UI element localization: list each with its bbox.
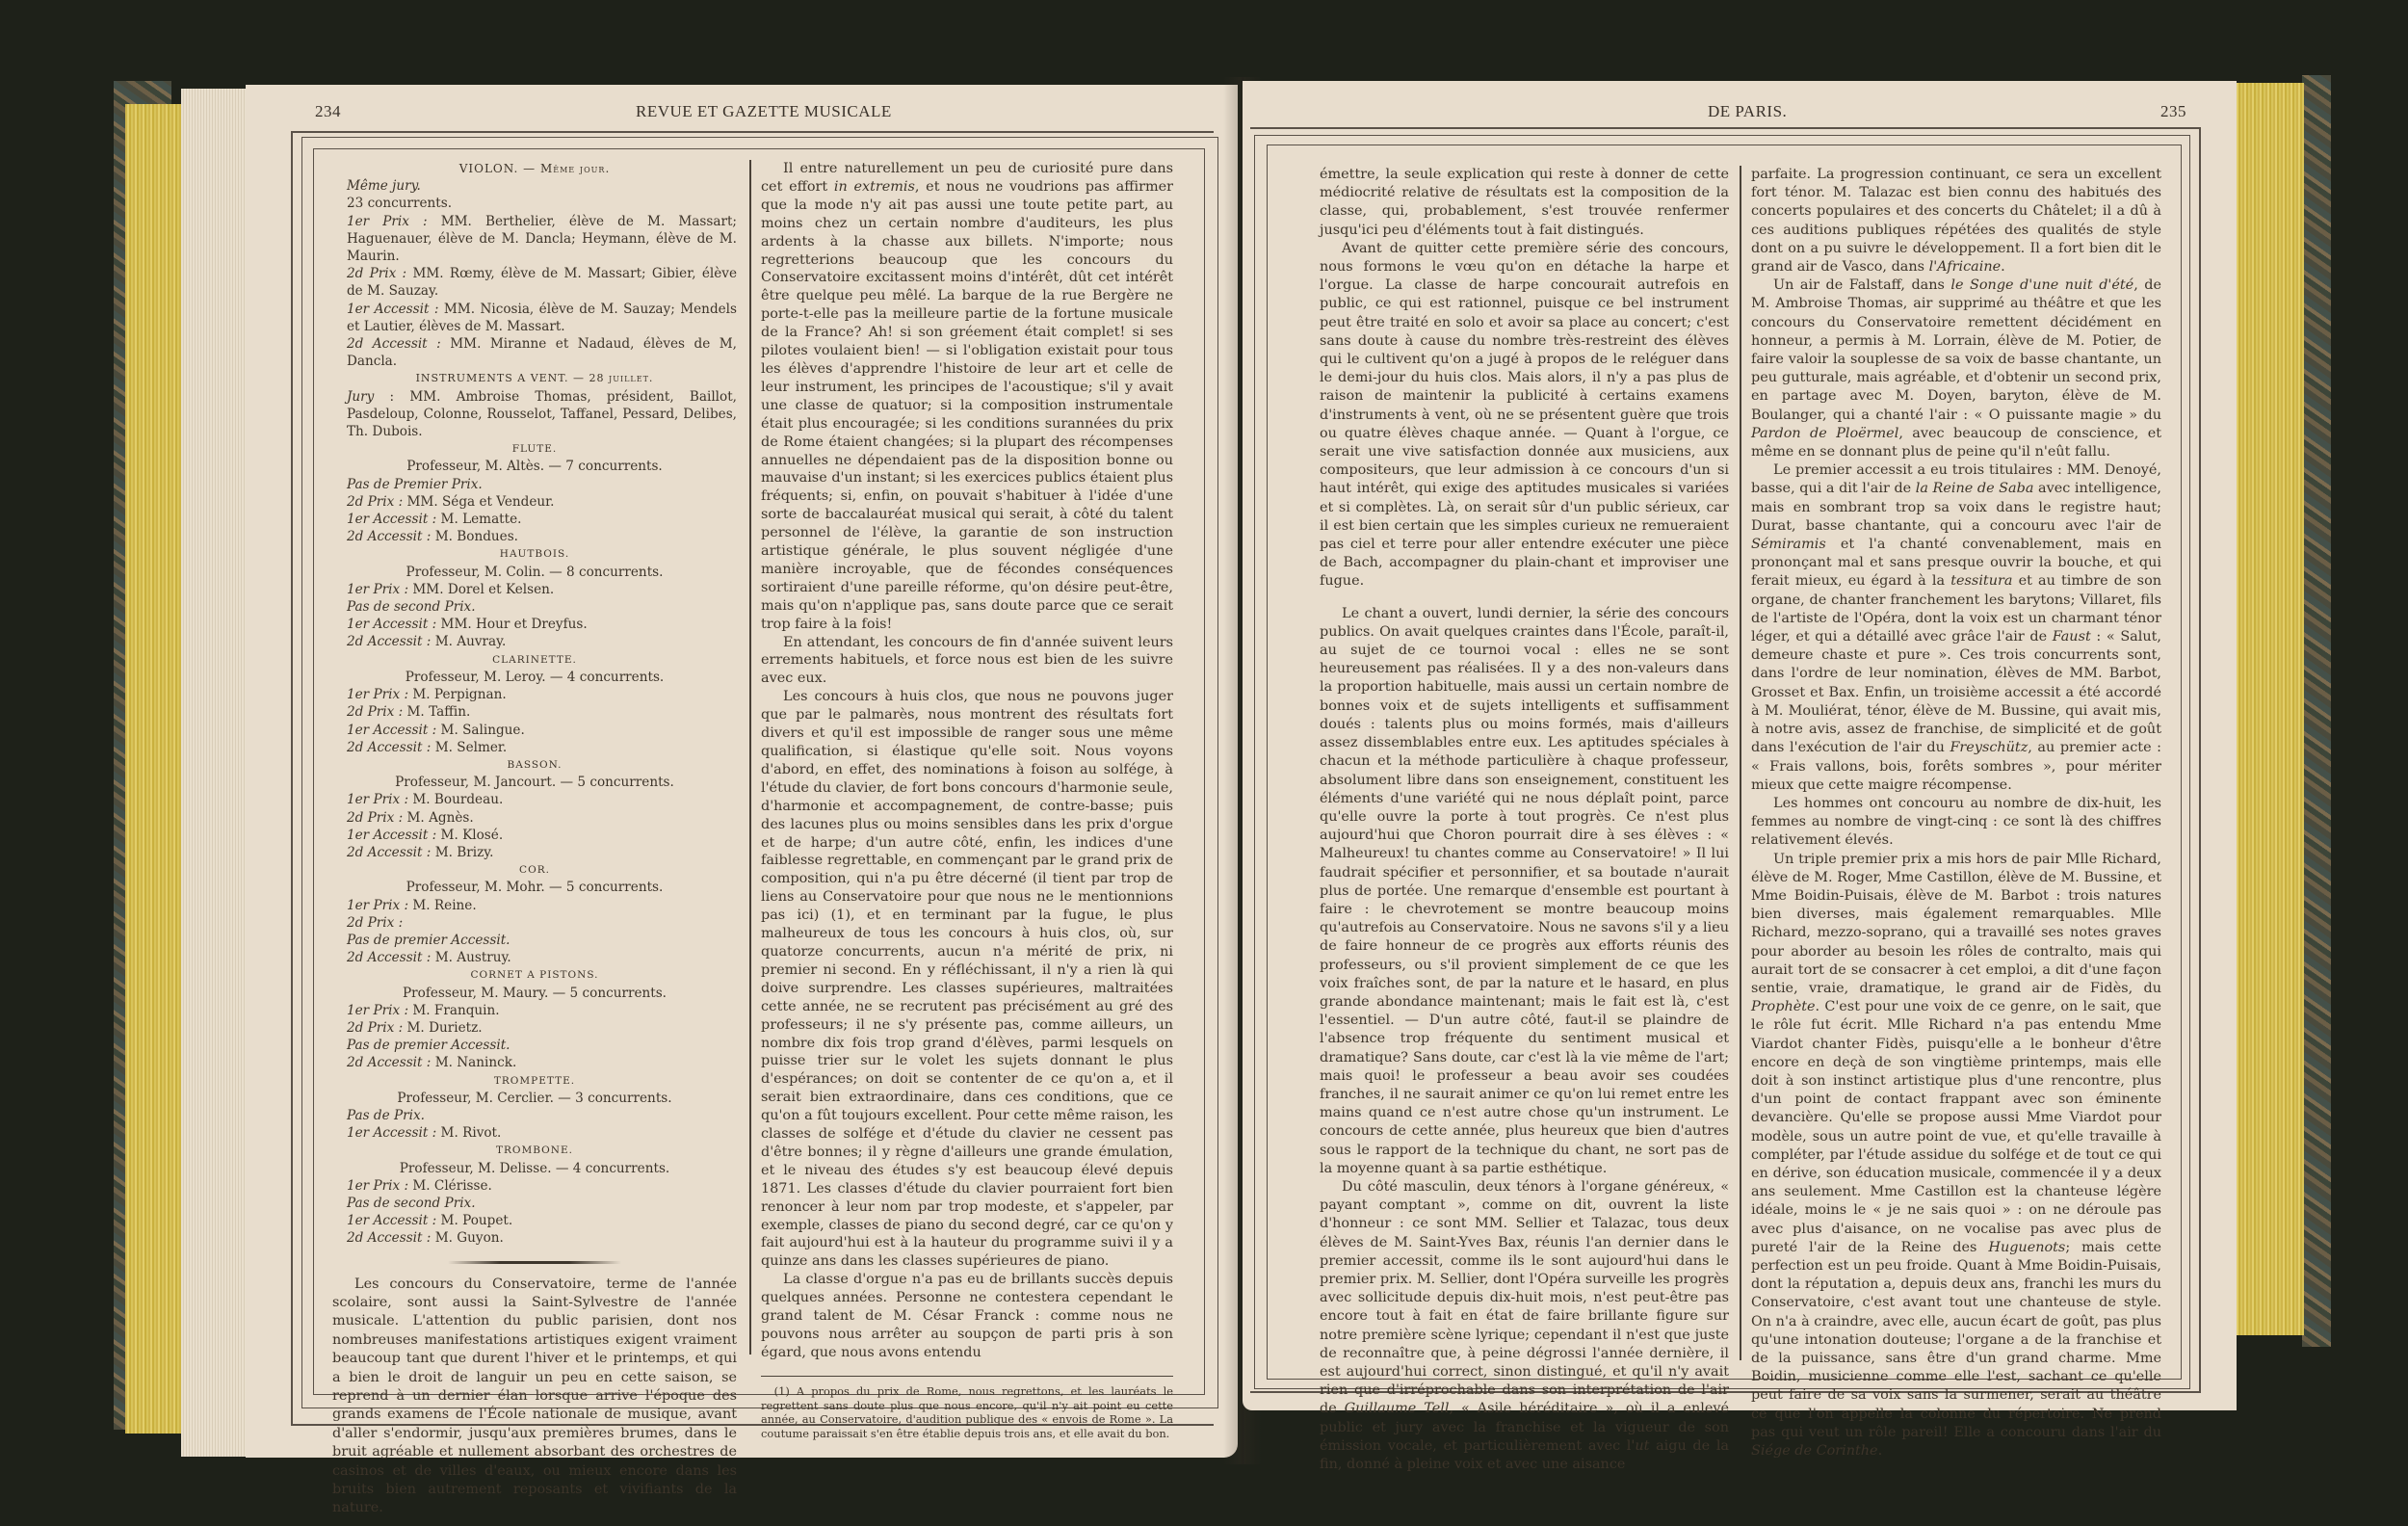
right-page-column-1: émettre, la seule explication qui reste … <box>1320 166 1729 1474</box>
professor-line: Professeur, M. Jancourt. — 5 concurrents… <box>332 774 737 791</box>
column-rule-right-page <box>1740 166 1741 1360</box>
award-line: 2d Accessit : M. Bondues. <box>332 528 737 545</box>
award-line: 1er Prix : MM. Dorel et Kelsen. <box>332 581 737 598</box>
award-line: 1er Prix : M. Bourdeau. <box>332 791 737 808</box>
gilt-page-edge-right <box>2235 83 2304 1335</box>
professor-line: Professeur, M. Colin. — 8 concurrents. <box>332 564 737 581</box>
paragraph: La classe d'orgue n'a pas eu de brillant… <box>761 1271 1173 1362</box>
section-divider <box>448 1261 621 1264</box>
page-number-right: 235 <box>2160 102 2186 121</box>
page-number-left: 234 <box>315 102 341 121</box>
professor-line: Professeur, M. Cerclier. — 3 concurrents… <box>332 1090 737 1107</box>
section-title-violon: VIOLON. — Même jour. <box>332 160 737 177</box>
award-line: 1er Accessit : M. Poupet. <box>332 1212 737 1229</box>
paragraph: Il entre naturellement un peu de curiosi… <box>761 160 1173 634</box>
award-line: 2d Accessit : MM. Miranne et Nadaud, élè… <box>332 335 737 370</box>
running-head-right: DE PARIS. <box>1708 102 1787 121</box>
instrument-title-cornet: CORNET A PISTONS. <box>332 966 737 984</box>
jury-vent: Jury : MM. Ambroise Thomas, président, B… <box>332 388 737 441</box>
book-cover-right <box>2302 75 2331 1347</box>
award-line: 1er Prix : MM. Berthelier, élève de M. M… <box>332 213 737 266</box>
award-line: Pas de Premier Prix. <box>332 476 737 493</box>
paragraph: Les concours à huis clos, que nous ne po… <box>761 688 1173 1271</box>
award-line: 2d Accessit : M. Guyon. <box>332 1229 737 1247</box>
award-line: 1er Prix : M. Clérisse. <box>332 1177 737 1195</box>
award-line: 2d Prix : <box>332 914 737 932</box>
paragraph: parfaite. La progression continuant, ce … <box>1751 166 2161 276</box>
jury-line: Même jury. <box>332 177 737 195</box>
left-page-column-1: VIOLON. — Même jour. Même jury. 23 concu… <box>332 160 737 1518</box>
paragraph: Le premier accessit a eu trois titulaire… <box>1751 461 2161 795</box>
footnote: (1) A propos du prix de Rome, nous regre… <box>761 1384 1173 1440</box>
award-line: 2d Prix : M. Durietz. <box>332 1019 737 1037</box>
award-line: Pas de Prix. <box>332 1107 737 1124</box>
essay-intro-paragraph: Les concours du Conservatoire, terme de … <box>332 1276 737 1518</box>
paragraph: Un triple premier prix a mis hors de pai… <box>1751 851 2161 1461</box>
award-line: 1er Accessit : M. Rivot. <box>332 1124 737 1142</box>
award-line: Pas de second Prix. <box>332 1195 737 1212</box>
left-page-column-2: Il entre naturellement un peu de curiosi… <box>761 160 1173 1440</box>
instrument-title-trompette: TROMPETTE. <box>332 1072 737 1090</box>
paragraph: Un air de Falstaff, dans le Songe d'une … <box>1751 276 2161 461</box>
award-line: 2d Accessit : M. Naninck. <box>332 1054 737 1071</box>
page-stack-left <box>181 89 249 1457</box>
paragraph: Les hommes ont concouru au nombre de dix… <box>1751 795 2161 851</box>
professor-line: Professeur, M. Mohr. — 5 concurrents. <box>332 879 737 896</box>
section-title-vent: INSTRUMENTS A VENT. — 28 juillet. <box>332 370 737 387</box>
award-line: 2d Accessit : M. Austruy. <box>332 949 737 966</box>
professor-line: Professeur, M. Maury. — 5 concurrents. <box>332 985 737 1002</box>
paragraph: émettre, la seule explication qui reste … <box>1320 166 1729 240</box>
instrument-title-cor: COR. <box>332 861 737 879</box>
instrument-title-flute: FLUTE. <box>332 440 737 458</box>
gilt-page-edge-left <box>125 104 183 1434</box>
professor-line: Professeur, M. Delisse. — 4 concurrents. <box>332 1160 737 1177</box>
right-page-column-2: parfaite. La progression continuant, ce … <box>1751 166 2161 1460</box>
award-line: 2d Accessit : M. Auvray. <box>332 633 737 650</box>
award-line: 1er Prix : M. Franquin. <box>332 1002 737 1019</box>
award-line: 1er Accessit : M. Lematte. <box>332 511 737 528</box>
award-line: 2d Accessit : M. Selmer. <box>332 739 737 756</box>
award-line: 2d Prix : MM. Séga et Vendeur. <box>332 493 737 511</box>
paragraph: Du côté masculin, deux ténors à l'organe… <box>1320 1178 1729 1474</box>
award-line: Pas de premier Accessit. <box>332 1037 737 1054</box>
footnote-text: (1) A propos du prix de Rome, nous regre… <box>761 1384 1173 1440</box>
award-line: 1er Prix : M. Reine. <box>332 897 737 914</box>
concurrents-count: 23 concurrents. <box>332 195 737 212</box>
award-line: 1er Prix : M. Perpignan. <box>332 686 737 703</box>
award-line: 2d Prix : MM. Rœmy, élève de M. Massart;… <box>332 265 737 300</box>
column-rule-left-page <box>749 160 751 1355</box>
award-line: Pas de premier Accessit. <box>332 932 737 949</box>
instrument-title-trombone: TROMBONE. <box>332 1142 737 1159</box>
award-line: Pas de second Prix. <box>332 598 737 616</box>
professor-line: Professeur, M. Leroy. — 4 concurrents. <box>332 669 737 686</box>
instrument-title-hautbois: HAUTBOIS. <box>332 545 737 563</box>
award-line: 2d Prix : M. Taffin. <box>332 703 737 721</box>
award-line: 1er Accessit : M. Klosé. <box>332 827 737 844</box>
paragraph: Avant de quitter cette première série de… <box>1320 240 1729 592</box>
footnote-rule <box>761 1376 1173 1378</box>
award-line: 1er Accessit : MM. Nicosia, élève de M. … <box>332 301 737 335</box>
award-line: 2d Prix : M. Agnès. <box>332 809 737 827</box>
paragraph: En attendant, les concours de fin d'anné… <box>761 634 1173 689</box>
instrument-title-clarinette: CLARINETTE. <box>332 651 737 669</box>
professor-line: Professeur, M. Altès. — 7 concurrents. <box>332 458 737 475</box>
award-line: 1er Accessit : MM. Hour et Dreyfus. <box>332 616 737 633</box>
award-line: 2d Accessit : M. Brizy. <box>332 844 737 861</box>
paragraph: Le chant a ouvert, lundi dernier, la sér… <box>1320 605 1729 1178</box>
award-line: 1er Accessit : M. Salingue. <box>332 722 737 739</box>
running-head-left: REVUE ET GAZETTE MUSICALE <box>636 102 892 121</box>
instrument-title-basson: BASSON. <box>332 756 737 774</box>
